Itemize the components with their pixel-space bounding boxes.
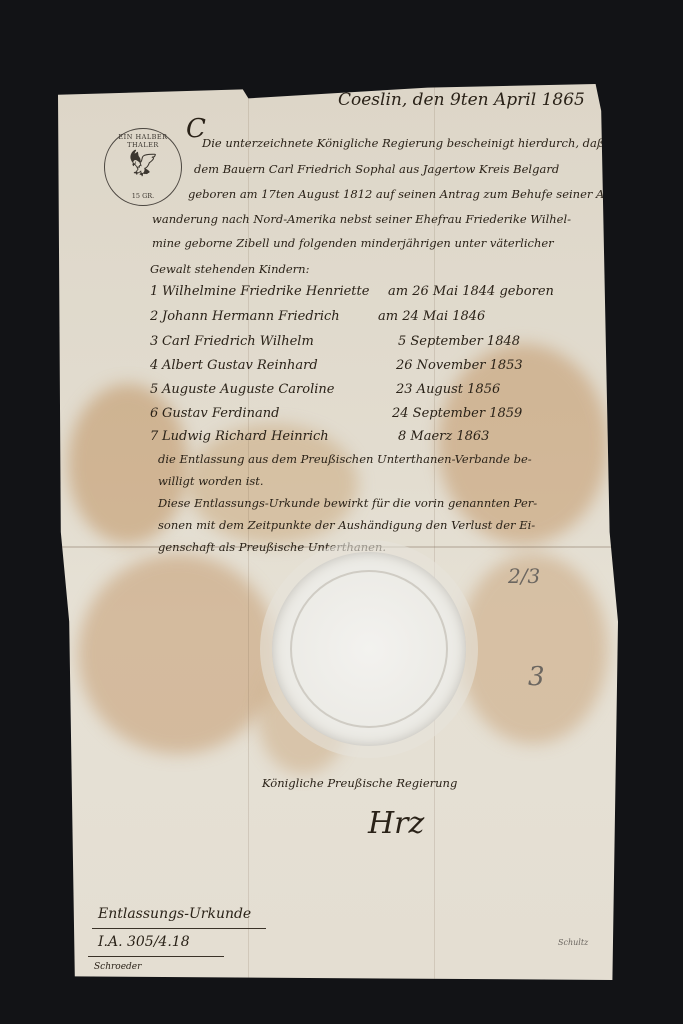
underline — [88, 956, 224, 957]
tax-stamp: EIN HALBER THALER 🦅︎ 15 GR. — [104, 128, 182, 206]
children-header: Gewalt stehenden Kindern: — [150, 262, 309, 276]
embossed-seal — [272, 552, 466, 746]
signing-authority: Königliche Preußische Regierung — [262, 776, 457, 790]
water-stain — [438, 344, 608, 544]
prussian-eagle-icon: 🦅︎ — [105, 149, 181, 179]
seal-crest-icon — [290, 570, 448, 728]
body-line: dem Bauern Carl Friedrich Sophal aus Jag… — [194, 162, 559, 176]
footer-reference: I.A. 305/4.18 — [98, 934, 190, 950]
body-line: geboren am 17ten August 1812 auf seinen … — [188, 187, 622, 201]
footer-note: Schroeder — [94, 962, 141, 972]
body-line: wanderung nach Nord-Amerika nebst seiner… — [152, 212, 571, 226]
pencil-mark: 2/3 — [508, 564, 540, 588]
closing-line: genschaft als Preußische Unterthanen. — [158, 540, 386, 554]
closing-line: die Entlassung aus dem Preußischen Unter… — [158, 452, 532, 466]
closing-line: Diese Entlassungs-Urkunde bewirkt für di… — [158, 496, 537, 510]
closing-line: sonen mit dem Zeitpunkte der Aushändigun… — [158, 518, 535, 532]
stamp-ring-text: EIN HALBER THALER — [105, 133, 181, 149]
document-paper: Coeslin, den 9ten April 1865 C EIN HALBE… — [58, 84, 618, 980]
closing-line: willigt worden ist. — [158, 474, 264, 488]
underline — [92, 928, 266, 929]
pencil-mark: 3 — [528, 662, 545, 692]
signature: Hrz — [368, 806, 424, 841]
place-date: Coeslin, den 9ten April 1865 — [338, 90, 585, 110]
footer-title: Entlassungs-Urkunde — [98, 906, 251, 922]
stamp-value: 15 GR. — [105, 192, 181, 200]
body-line: Die unterzeichnete Königliche Regierung … — [202, 136, 605, 150]
corner-note: Schultz — [558, 938, 588, 947]
body-line: mine geborne Zibell und folgenden minder… — [152, 236, 554, 250]
